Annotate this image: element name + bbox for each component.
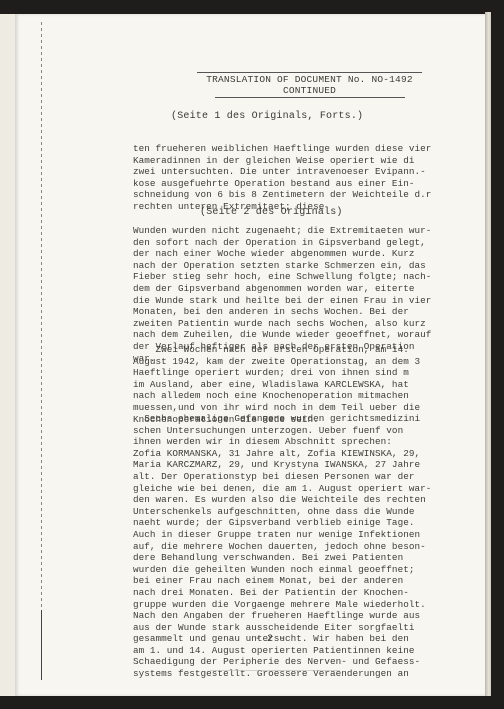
page-stack-edge	[485, 12, 491, 696]
section-heading-seite-2: (Seite 2 des Originals)	[200, 207, 343, 218]
header-rule-bottom	[215, 97, 405, 98]
binding-margin-line	[41, 22, 42, 649]
paragraph-1: ten frueheren weiblichen Haeftlinge wurd…	[133, 143, 433, 213]
header-title: TRANSLATION OF DOCUMENT No. NO-1492	[197, 74, 422, 85]
binding-margin-line-lower	[41, 610, 42, 680]
section-heading-seite-1: (Seite 1 des Originals, Forts.)	[171, 111, 363, 122]
page-number: - 2 -	[255, 634, 285, 645]
document-header: TRANSLATION OF DOCUMENT No. NO-1492 CONT…	[197, 72, 422, 98]
header-subtitle: CONTINUED	[197, 85, 422, 96]
header-rule-top	[197, 72, 422, 73]
bottom-smudge	[210, 670, 340, 671]
